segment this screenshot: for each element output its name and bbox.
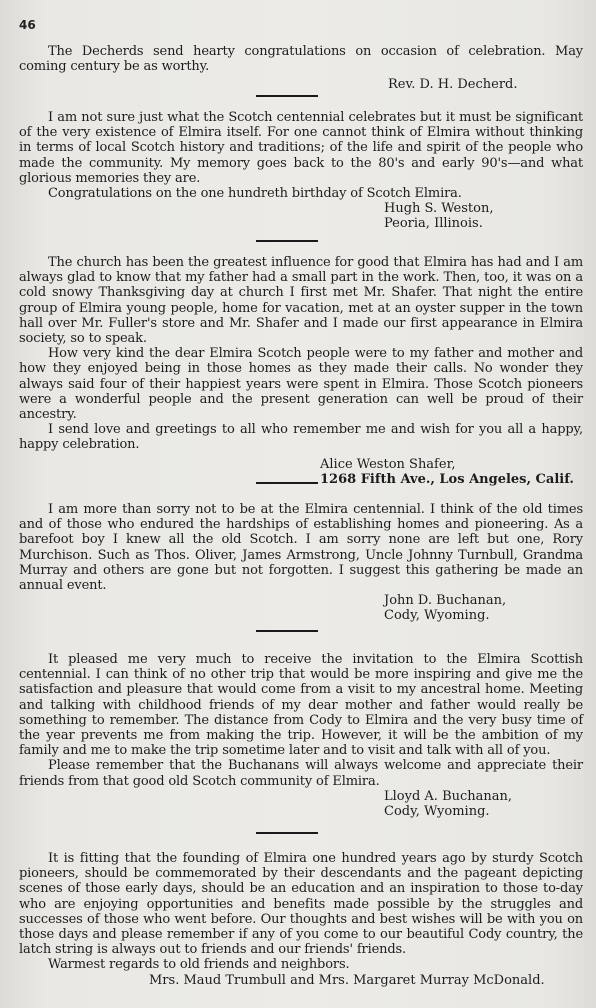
letter-john-buchanan: I am more than sorry not to be at the El… xyxy=(19,502,583,624)
signature-line: 1268 Fifth Ave., Los Angeles, Calif. xyxy=(19,472,583,487)
signature-line: Cody, Wyoming. xyxy=(19,608,583,623)
letter-trumbull-mcdonald: It is fitting that the founding of Elmir… xyxy=(19,851,583,988)
letter-paragraph: The Decherds send hearty congratulations… xyxy=(19,44,583,74)
page-number: 46 xyxy=(19,18,36,32)
letter-decherd: The Decherds send hearty congratulations… xyxy=(19,44,583,93)
letter-lloyd-buchanan: It pleased me very much to receive the i… xyxy=(19,652,583,819)
letter-paragraph: Congratulations on the one hundreth birt… xyxy=(19,186,583,201)
letter-paragraph: I send love and greetings to all who rem… xyxy=(19,422,583,452)
signature-line: John D. Buchanan, xyxy=(19,593,583,608)
signature-line: Lloyd A. Buchanan, xyxy=(19,789,583,804)
letter-paragraph: It pleased me very much to receive the i… xyxy=(19,652,583,758)
letter-paragraph: How very kind the dear Elmira Scotch peo… xyxy=(19,346,583,422)
section-divider xyxy=(256,95,318,97)
letter-paragraph: It is fitting that the founding of Elmir… xyxy=(19,851,583,957)
signature-line: Hugh S. Weston, xyxy=(19,201,583,216)
letter-shafer: The church has been the greatest influen… xyxy=(19,255,583,487)
signature-line: Peoria, Illinois. xyxy=(19,216,583,231)
letter-paragraph: Warmest regards to old friends and neigh… xyxy=(19,957,583,972)
letter-paragraph: Please remember that the Buchanans will … xyxy=(19,758,583,788)
letter-paragraph: I am more than sorry not to be at the El… xyxy=(19,502,583,593)
signature-line: Rev. D. H. Decherd. xyxy=(19,77,583,92)
section-divider xyxy=(256,482,318,484)
signature-line: Alice Weston Shafer, xyxy=(19,457,583,472)
signature-line: Cody, Wyoming. xyxy=(19,804,583,819)
signature-line: Mrs. Maud Trumbull and Mrs. Margaret Mur… xyxy=(19,973,583,988)
section-divider xyxy=(256,832,318,834)
letter-weston: I am not sure just what the Scotch cente… xyxy=(19,110,583,232)
section-divider xyxy=(256,630,318,632)
document-page: 46 The Decherds send hearty congratulati… xyxy=(0,0,596,1008)
section-divider xyxy=(256,240,318,242)
letter-paragraph: I am not sure just what the Scotch cente… xyxy=(19,110,583,186)
letter-paragraph: The church has been the greatest influen… xyxy=(19,255,583,346)
